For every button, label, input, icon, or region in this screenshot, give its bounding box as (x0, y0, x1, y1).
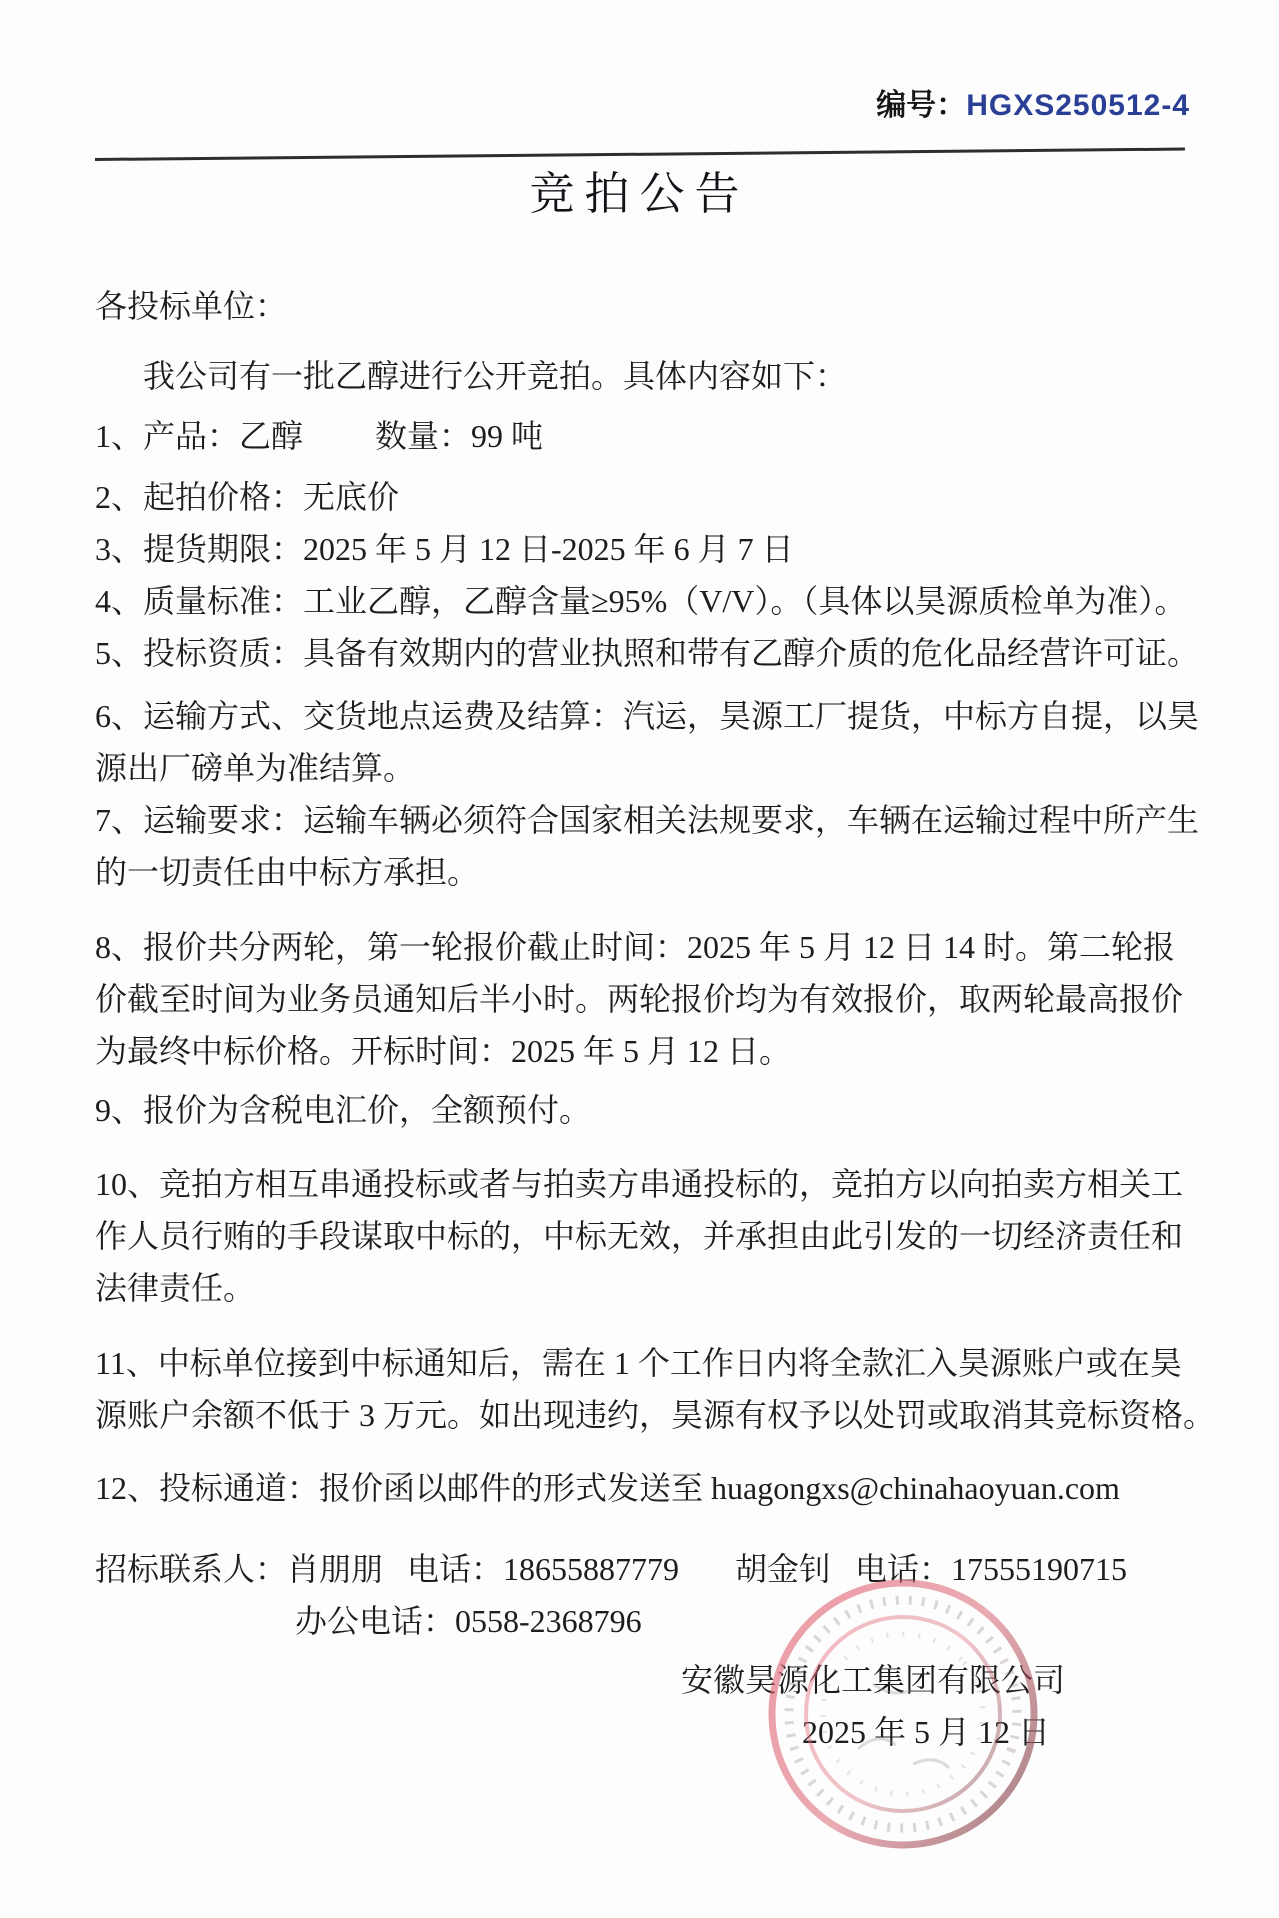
item-5-line: 5、投标资质：具备有效期内的营业执照和带有乙醇介质的危化品经营许可证。 (95, 627, 1187, 679)
item-10-line-1: 10、竞拍方相互串通投标或者与拍卖方串通投标的，竞拍方以向拍卖方相关工 (95, 1158, 1187, 1210)
salutation-line: 各投标单位： (95, 280, 1187, 332)
signoff-company: 安徽昊源化工集团有限公司 (95, 1654, 1187, 1706)
signoff-date: 2025 年 5 月 12 日 (95, 1706, 1187, 1758)
intro-line: 我公司有一批乙醇进行公开竞拍。具体内容如下： (95, 350, 1187, 402)
item-7-line-1: 7、运输要求：运输车辆必须符合国家相关法规要求，车辆在运输过程中所产生 (95, 794, 1187, 846)
item-6-line-2: 源出厂磅单为准结算。 (95, 742, 1187, 794)
item-7-line-2: 的一切责任由中标方承担。 (95, 846, 1187, 898)
item-3-line: 3、提货期限：2025 年 5 月 12 日-2025 年 6 月 7 日 (95, 523, 1187, 575)
item-8-line-2: 价截至时间为业务员通知后半小时。两轮报价均为有效报价，取两轮最高报价 (95, 973, 1187, 1025)
doc-number-label: 编号： (876, 89, 966, 122)
item-8-line-1: 8、报价共分两轮，第一轮报价截止时间：2025 年 5 月 12 日 14 时。… (95, 921, 1187, 973)
item-12-line: 12、投标通道：报价函以邮件的形式发送至 huagongxs@chinahaoy… (95, 1462, 1187, 1514)
office-phone-line: 办公电话：0558-2368796 (95, 1595, 1187, 1647)
item-11-line-1: 11、中标单位接到中标通知后，需在 1 个工作日内将全款汇入昊源账户或在昊 (95, 1337, 1187, 1389)
document-page: 编号：HGXS250512-4 竞拍公告 各投标单位： 我公司有一批乙醇进行公开… (0, 0, 1279, 1918)
item-6-line-1: 6、运输方式、交货地点运费及结算：汽运，昊源工厂提货，中标方自提，以昊 (95, 690, 1187, 742)
item-2-line: 2、起拍价格：无底价 (95, 471, 1187, 523)
contacts-line: 招标联系人：肖朋朋 电话：18655887779 胡金钊 电话：17555190… (95, 1543, 1187, 1595)
item-4-line: 4、质量标准：工业乙醇，乙醇含量≥95%（V/V）。（具体以昊源质检单为准）。 (95, 575, 1187, 627)
doc-number: 编号：HGXS250512-4 (876, 84, 1190, 128)
item-10-line-3: 法律责任。 (95, 1262, 1187, 1314)
doc-number-value: HGXS250512-4 (966, 89, 1190, 122)
item-1-line: 1、产品：乙醇 数量：99 吨 (95, 410, 1187, 462)
doc-body: 各投标单位： 我公司有一批乙醇进行公开竞拍。具体内容如下： 1、产品：乙醇 数量… (95, 280, 1187, 1758)
item-8-line-3: 为最终中标价格。开标时间：2025 年 5 月 12 日。 (95, 1025, 1187, 1077)
item-11-line-2: 源账户余额不低于 3 万元。如出现违约，昊源有权予以处罚或取消其竞标资格。 (95, 1389, 1187, 1441)
doc-title: 竞拍公告 (0, 163, 1279, 225)
item-10-line-2: 作人员行贿的手段谋取中标的，中标无效，并承担由此引发的一切经济责任和 (95, 1210, 1187, 1262)
header-rule (95, 148, 1185, 161)
item-9-line: 9、报价为含税电汇价，全额预付。 (95, 1084, 1187, 1136)
